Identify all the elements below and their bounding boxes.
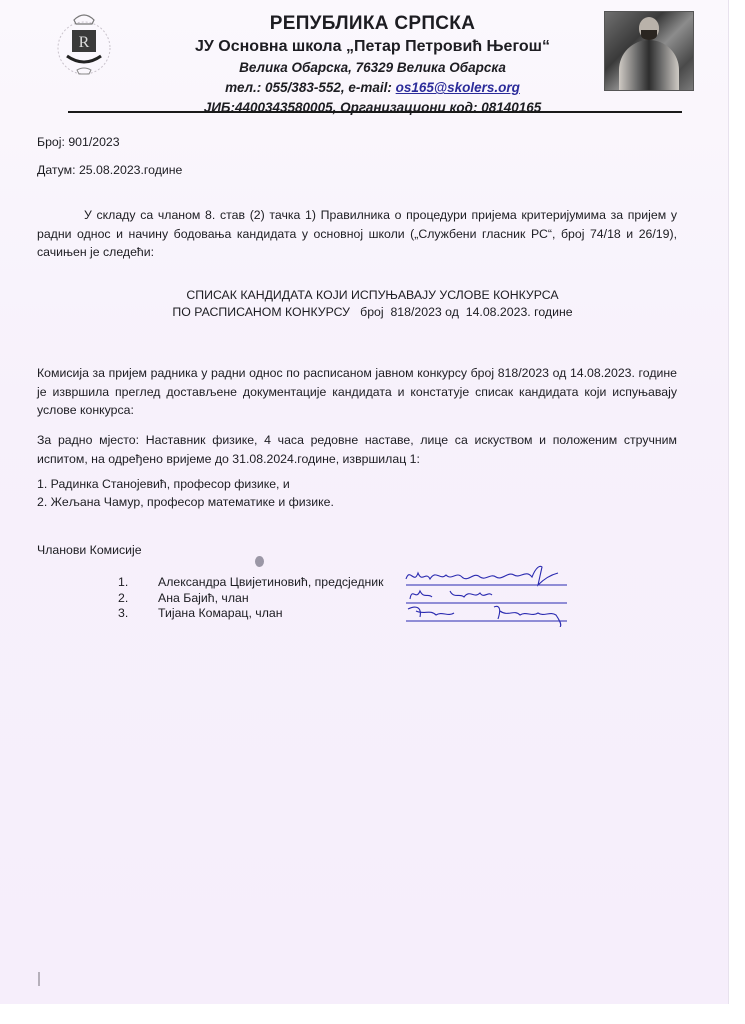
- ink-blot: [255, 556, 264, 567]
- signatures-image: [402, 565, 572, 627]
- school-name: ЈУ Основна школа „Петар Петровић Његош“: [0, 36, 745, 58]
- letterhead: РЕПУБЛИКА СРПСКА ЈУ Основна школа „Петар…: [0, 12, 745, 118]
- school-address: Велика Обарска, 76329 Велика Обарска: [0, 58, 745, 78]
- member-row: 1.Александра Цвијетиновић, предсједник: [118, 575, 384, 591]
- document-date: Датум: 25.08.2023.године: [37, 161, 182, 179]
- scan-mark: [38, 972, 40, 986]
- republic-title: РЕПУБЛИКА СРПСКА: [0, 12, 745, 36]
- school-ids: ЈИБ:4400343580005, Организациони код: 08…: [0, 98, 745, 118]
- list-title-line2: ПО РАСПИСАНОМ КОНКУРСУ број 818/2023 од …: [0, 304, 745, 321]
- header-divider: [68, 111, 682, 113]
- contact-phone: тел.: 055/383-552, e-mail:: [225, 80, 395, 95]
- candidate-2: 2. Жељана Чамур, професор математике и ф…: [37, 493, 334, 511]
- candidate-1: 1. Радинка Станојевић, професор физике, …: [37, 475, 290, 493]
- list-title-line1: СПИСАК КАНДИДАТА КОЈИ ИСПУЊАВАЈУ УСЛОВЕ …: [0, 287, 745, 304]
- member-row: 3.Тијана Комарац, члан: [118, 606, 384, 622]
- members-list: 1.Александра Цвијетиновић, предсједник 2…: [118, 575, 384, 622]
- commission-paragraph: Комисија за пријем радника у радни однос…: [37, 364, 677, 420]
- school-contact: тел.: 055/383-552, e-mail: os165@skolers…: [0, 78, 745, 98]
- email-link[interactable]: os165@skolers.org: [396, 80, 520, 95]
- document-number: Број: 901/2023: [37, 133, 120, 151]
- members-heading: Чланови Комисије: [37, 541, 142, 559]
- document-page: R РЕПУБЛИКА СРПСКА ЈУ Основна школа „Пет…: [0, 0, 729, 1004]
- intro-paragraph: У складу са чланом 8. став (2) тачка 1) …: [37, 206, 677, 262]
- member-row: 2.Ана Бајић, члан: [118, 591, 384, 607]
- position-paragraph: За радно мјесто: Наставник физике, 4 час…: [37, 431, 677, 468]
